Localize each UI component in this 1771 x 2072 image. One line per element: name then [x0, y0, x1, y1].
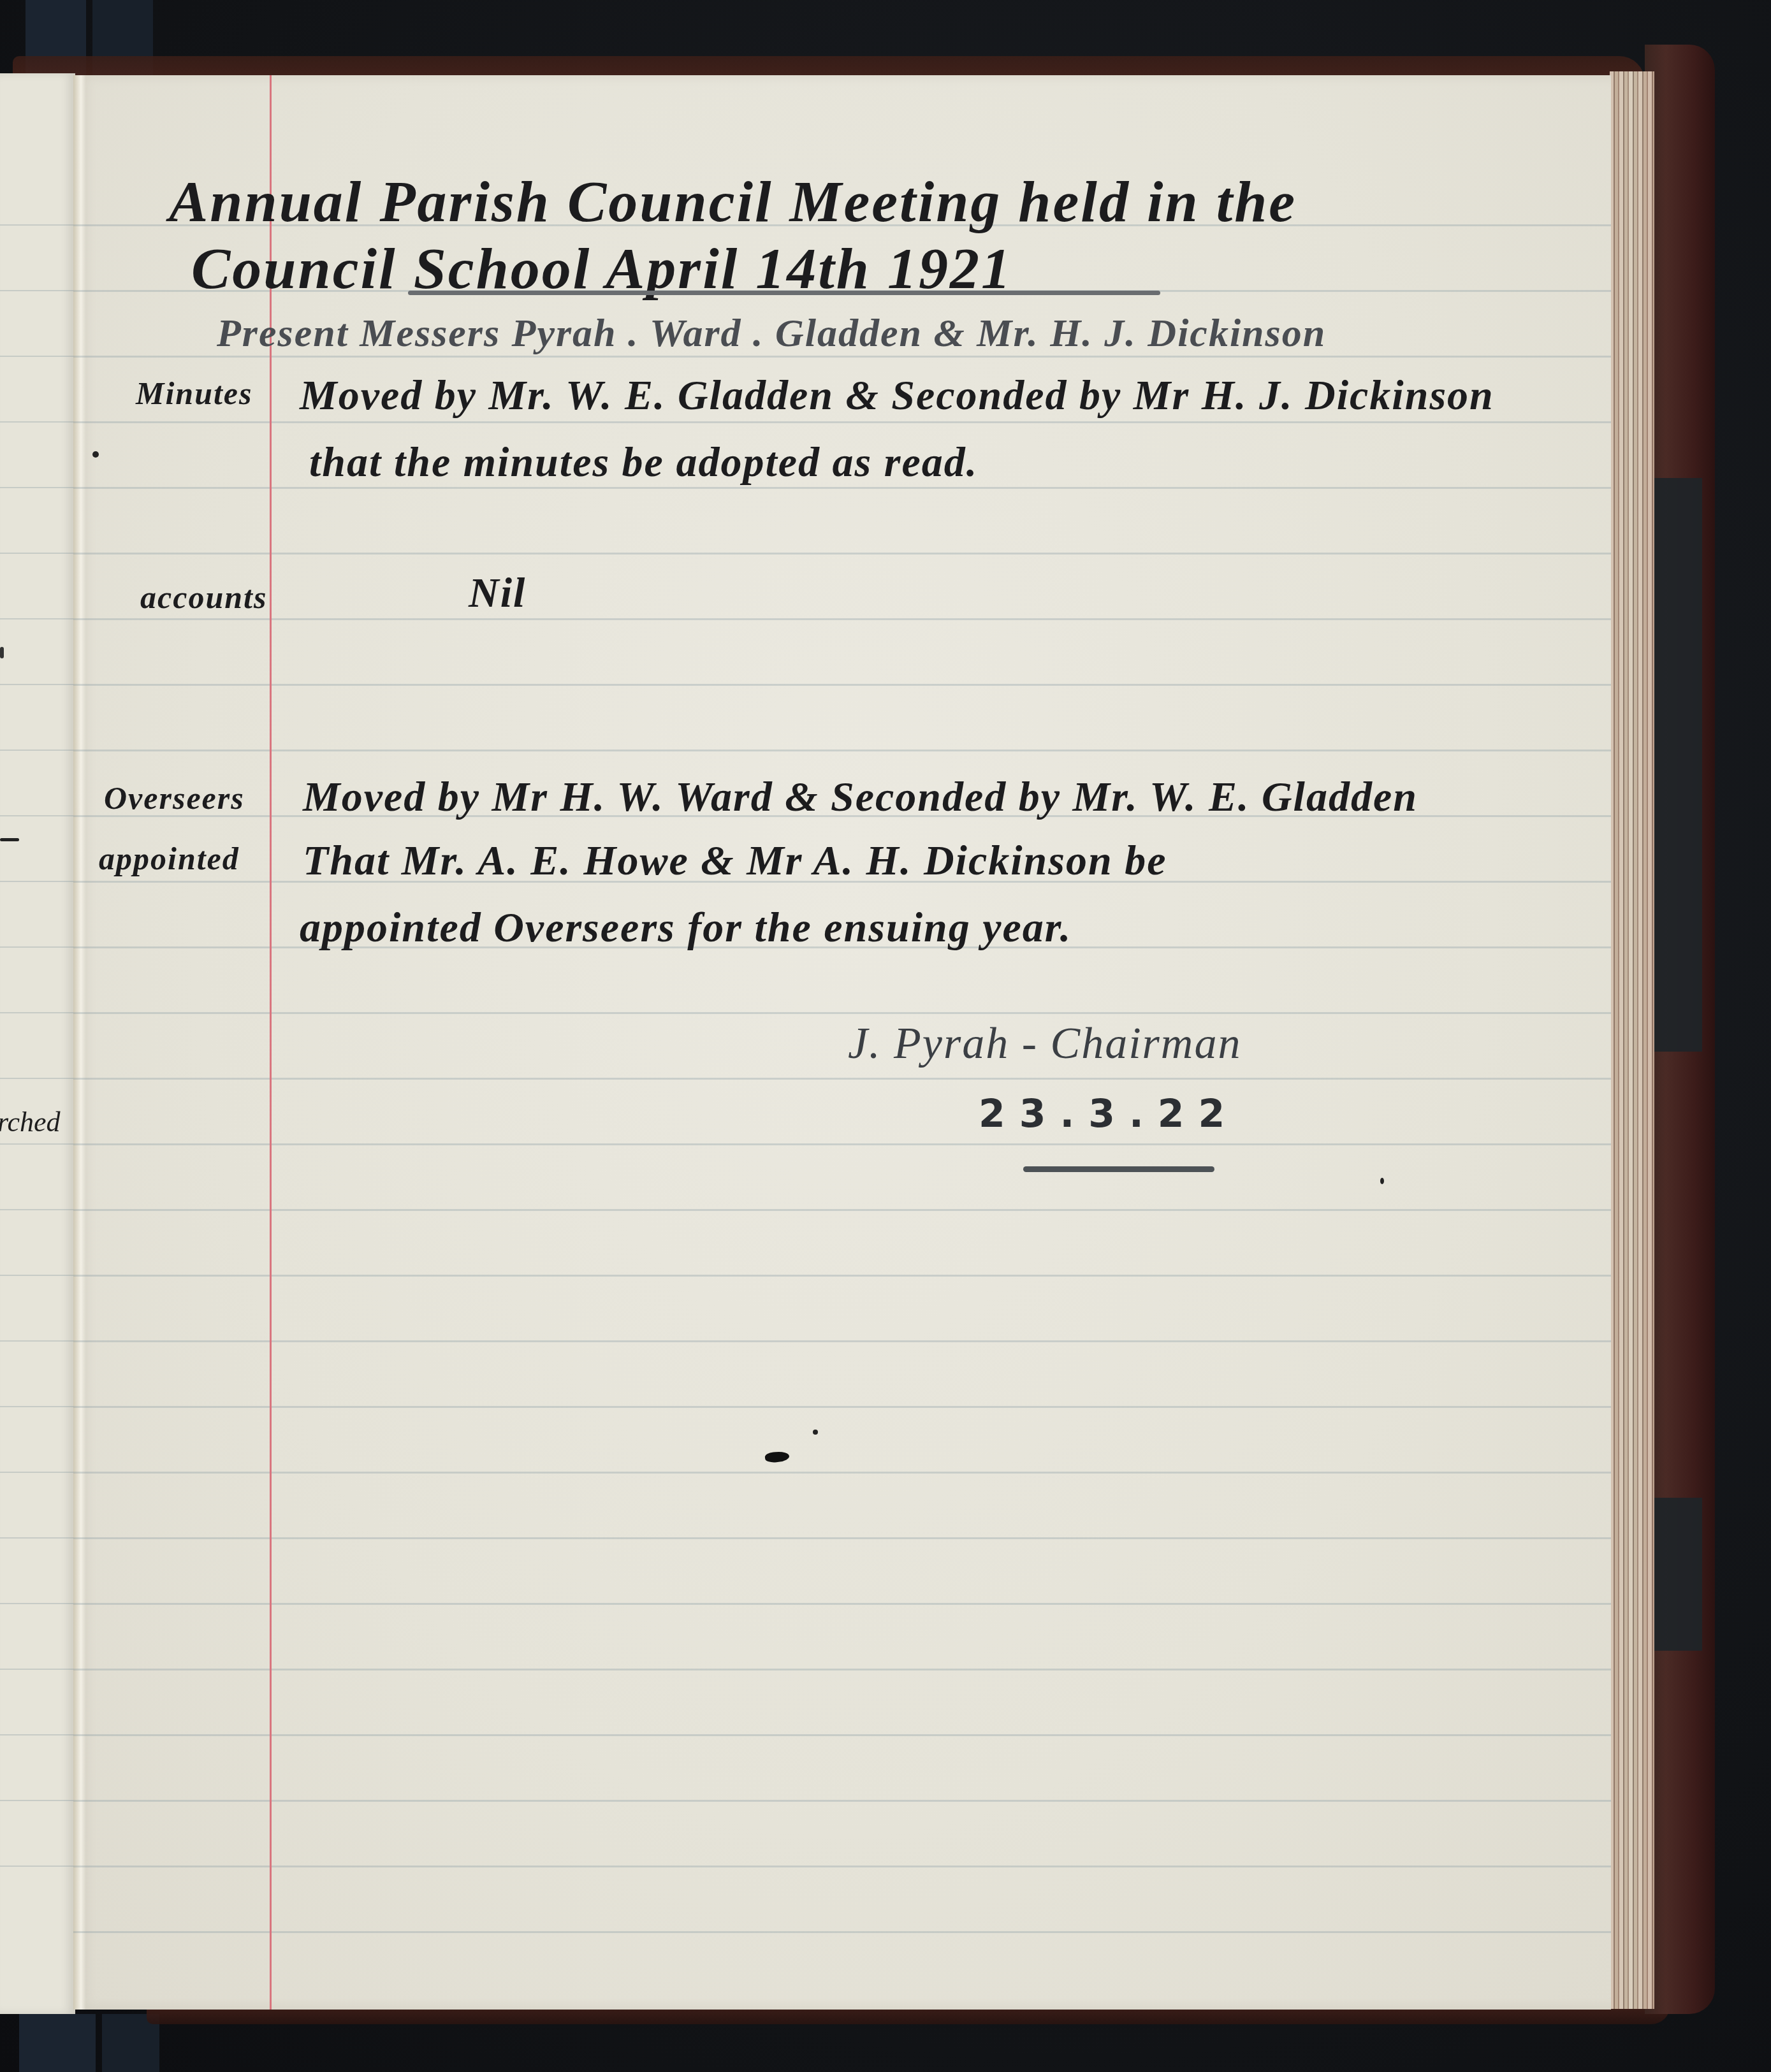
ruled-line	[73, 1406, 1611, 1408]
red-margin-line	[270, 75, 272, 2010]
ruled-line	[73, 487, 1611, 489]
ink-speck	[92, 451, 99, 458]
overseers-motion-line-3: appointed Overseers for the ensuing year…	[300, 904, 1072, 952]
ruled-line	[73, 1866, 1611, 1867]
ruled-line	[0, 487, 75, 488]
ruled-line	[73, 1669, 1611, 1670]
ruled-line	[73, 1472, 1611, 1474]
ruled-line	[73, 1603, 1611, 1605]
ruled-line	[0, 1340, 75, 1342]
ruled-line	[0, 1537, 75, 1539]
meeting-heading-line-1: Annual Parish Council Meeting held in th…	[169, 168, 1297, 235]
left-page-ink-stroke	[0, 838, 19, 841]
ruled-line	[0, 553, 75, 554]
ruled-line	[73, 684, 1611, 686]
ruled-line	[73, 1800, 1611, 1802]
ruled-line	[73, 1931, 1611, 1933]
ruled-line	[0, 290, 75, 291]
ruled-line	[73, 1209, 1611, 1211]
minutes-motion-line-2: that the minutes be adopted as read.	[309, 438, 978, 487]
ruled-line	[0, 1734, 75, 1735]
ruled-line	[0, 618, 75, 619]
heading-underline	[408, 291, 1160, 295]
left-page-ink-stroke	[0, 647, 4, 658]
margin-label-accounts: accounts	[140, 579, 267, 616]
accounts-value: Nil	[469, 569, 526, 618]
ruled-line	[73, 421, 1611, 423]
ruled-line	[0, 1669, 75, 1670]
overseers-motion-line-1: Moved by Mr H. W. Ward & Seconded by Mr.…	[303, 773, 1418, 822]
ruled-line	[73, 750, 1611, 751]
ruled-line	[0, 750, 75, 751]
signature-date: 23.3.22	[979, 1092, 1239, 1136]
margin-label-overseers: Overseers	[104, 779, 245, 816]
ruled-line	[0, 946, 75, 948]
ruled-line	[0, 1143, 75, 1145]
ruled-line	[0, 1012, 75, 1013]
ruled-line	[73, 1275, 1611, 1277]
ink-speck	[813, 1430, 818, 1435]
ruled-line	[0, 881, 75, 882]
left-facing-page: rched	[0, 73, 75, 2014]
ruled-line	[73, 1734, 1611, 1736]
spine-cloth	[1651, 478, 1702, 1052]
margin-label-appointed: appointed	[99, 840, 240, 877]
ruled-line	[0, 1603, 75, 1604]
ruled-line	[0, 1866, 75, 1867]
ruled-line	[0, 421, 75, 423]
ruled-line	[0, 1209, 75, 1210]
ruled-line	[0, 1472, 75, 1473]
signature-underline	[1023, 1166, 1214, 1172]
ruled-line	[73, 1537, 1611, 1539]
ruled-line	[73, 553, 1611, 554]
ruled-line	[0, 1275, 75, 1276]
minute-book-page: Annual Parish Council Meeting held in th…	[73, 75, 1611, 2010]
attendees-present-line: Present Messers Pyrah . Ward . Gladden &…	[217, 311, 1326, 356]
ruled-line	[0, 356, 75, 357]
page-stack-fore-edge	[1610, 71, 1654, 2009]
ink-speck	[1380, 1178, 1384, 1184]
ruled-line	[73, 618, 1611, 620]
ruled-line	[0, 1078, 75, 1079]
book-cover-strip	[19, 2014, 96, 2072]
ruled-line	[73, 1012, 1611, 1014]
book-binding-right	[1645, 45, 1715, 2014]
ruled-line	[73, 1078, 1611, 1080]
ruled-lines	[73, 75, 1611, 2010]
ruled-line	[0, 1800, 75, 1801]
minutes-motion-line-1: Moved by Mr. W. E. Gladden & Seconded by…	[300, 372, 1494, 420]
margin-label-minutes: Minutes	[136, 375, 253, 412]
ruled-line	[0, 224, 75, 226]
ruled-line	[0, 1406, 75, 1407]
ruled-line	[73, 1143, 1611, 1145]
chairman-signature: J. Pyrah - Chairman	[848, 1018, 1241, 1069]
spine-cloth	[1651, 1498, 1702, 1651]
overseers-motion-line-2: That Mr. A. E. Howe & Mr A. H. Dickinson…	[303, 837, 1167, 885]
left-page-text-fragment: rched	[0, 1106, 61, 1138]
ruled-line	[0, 684, 75, 685]
ruled-line	[0, 815, 75, 816]
ruled-line	[73, 1340, 1611, 1342]
